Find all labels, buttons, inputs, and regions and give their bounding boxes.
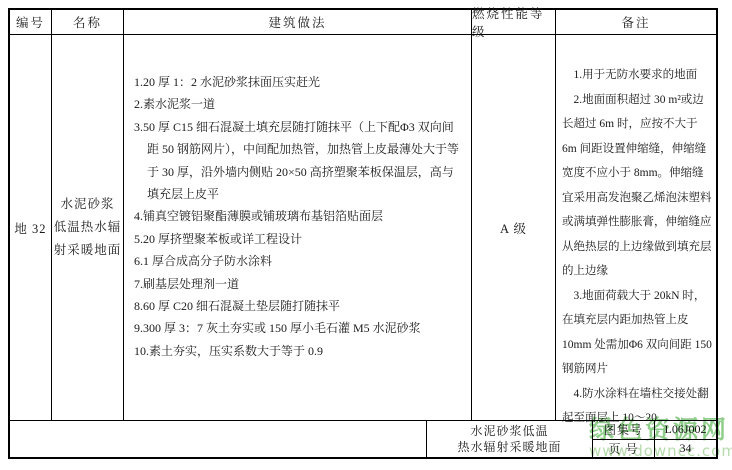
method-item: 7.刷基层处理剂一道 [134, 273, 463, 295]
header-cell-remarks: 备注 [556, 10, 716, 34]
method-item: 10.素土夯实，压实系数大于等于 0.9 [134, 340, 463, 362]
entry-number: 地 32 [14, 219, 46, 237]
method-item: 6.1 厚合成高分子防水涂料 [134, 250, 463, 272]
title-block-title-cell: 水泥砂浆低温 热水辐射采暖地面 [427, 421, 593, 457]
page-number-label: 页 号 [593, 440, 655, 458]
atlas-number-label: 图集号 [593, 421, 655, 439]
header-cell-method: 建筑做法 [124, 10, 472, 34]
header-cell-name: 名称 [52, 10, 124, 34]
atlas-number-row: 图集号 L06J002 [593, 421, 716, 439]
entry-name-line: 水泥砂浆 [60, 193, 114, 216]
method-item: 9.300 厚 3：7 灰土夯实或 150 厚小毛石灌 M5 水泥砂浆 [134, 317, 463, 339]
cell-construction-method: 1.20 厚 1：2 水泥砂浆抹面压实赶光 2.素水泥浆一道 3.50 厚 C1… [124, 35, 472, 420]
construction-detail-table: 编号 名称 建筑做法 燃烧性能等级 备注 地 32 水泥砂浆 低温热水辐 射采暖… [8, 8, 718, 459]
title-block-empty-cell [10, 421, 427, 457]
header-cell-fire-rating: 燃烧性能等级 [472, 10, 556, 34]
remark-item: 3.地面荷载大于 20kN 时，在填充层内距加热管上皮 10mm 处需加Φ6 双… [562, 284, 712, 382]
method-item: 1.20 厚 1：2 水泥砂浆抹面压实赶光 [134, 71, 463, 93]
method-item: 3.50 厚 C15 细石混凝土填充层随打随抹平（上下配Φ3 双向间距 50 钢… [134, 116, 463, 206]
cell-number: 地 32 [10, 35, 52, 420]
sheet-title-line: 水泥砂浆低温 [470, 423, 548, 439]
page-number-row: 页 号 34 [593, 439, 716, 458]
atlas-number-value: L06J002 [655, 421, 716, 439]
table-header-row: 编号 名称 建筑做法 燃烧性能等级 备注 [10, 10, 716, 35]
cell-name: 水泥砂浆 低温热水辐 射采暖地面 [52, 35, 124, 420]
title-block-row: 水泥砂浆低温 热水辐射采暖地面 图集号 L06J002 页 号 34 [10, 420, 716, 457]
remark-item: 1.用于无防水要求的地面 [562, 63, 712, 88]
sheet-title-line: 热水辐射采暖地面 [457, 439, 561, 455]
entry-name-line: 低温热水辐 [54, 216, 122, 239]
method-item: 2.素水泥浆一道 [134, 93, 463, 115]
method-item: 8.60 厚 C20 细石混凝土垫层随打随抹平 [134, 295, 463, 317]
entry-name-line: 射采暖地面 [54, 239, 122, 262]
remark-item: 2.地面面积超过 30 m²或边长超过 6m 时，应按不大于 6m 间距设置伸缩… [562, 88, 712, 284]
header-cell-number: 编号 [10, 10, 52, 34]
title-block-meta: 图集号 L06J002 页 号 34 [593, 421, 716, 457]
table-body-row: 地 32 水泥砂浆 低温热水辐 射采暖地面 1.20 厚 1：2 水泥砂浆抹面压… [10, 35, 716, 420]
cell-fire-rating: A 级 [472, 35, 556, 420]
page-number-value: 34 [655, 440, 716, 458]
fire-rating-value: A 级 [500, 219, 527, 237]
method-item: 5.20 厚挤塑聚苯板或详工程设计 [134, 228, 463, 250]
method-item: 4.铺真空镀铝聚酯薄膜或铺玻璃布基铝箔贴面层 [134, 205, 463, 227]
cell-remarks: 1.用于无防水要求的地面 2.地面面积超过 30 m²或边长超过 6m 时，应按… [556, 35, 716, 420]
